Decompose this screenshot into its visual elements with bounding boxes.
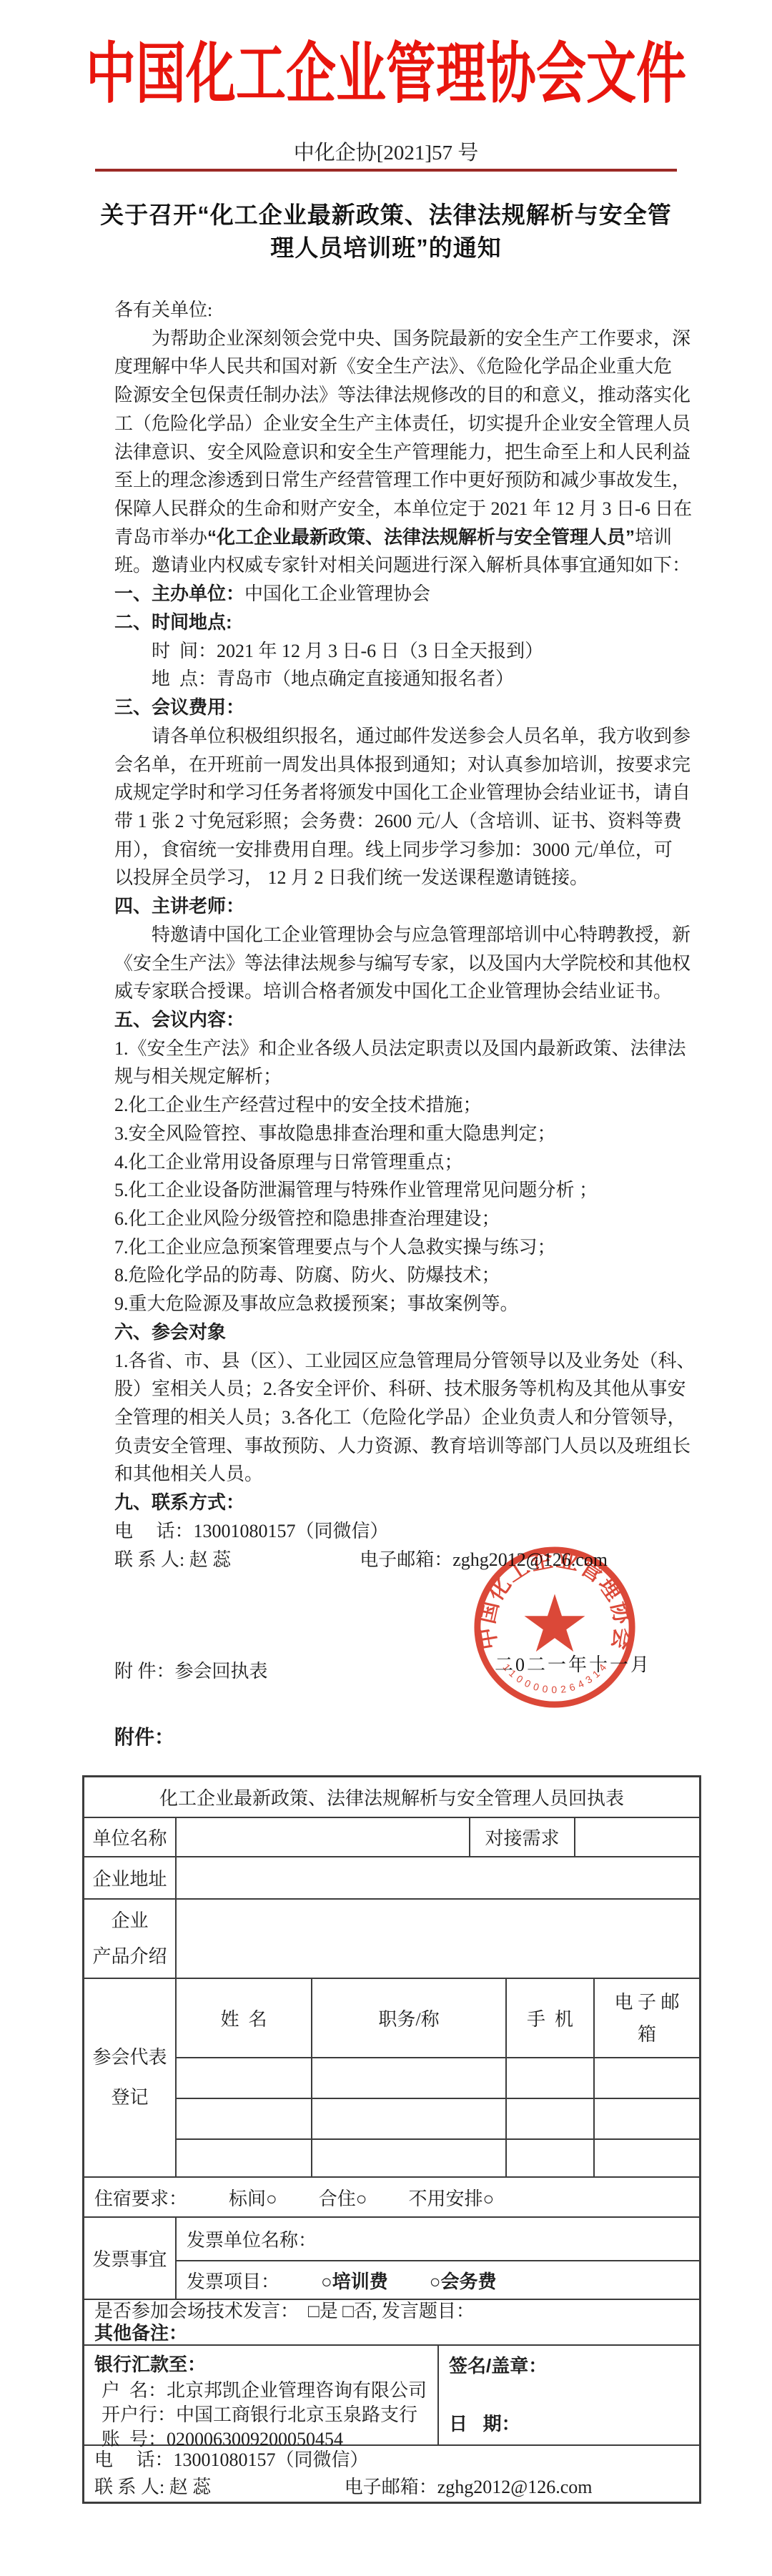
lodging-row: 住宿要求： 标间○ 合住○ 不用安排○ <box>84 2178 699 2216</box>
contact-email: 电子邮箱：zghg2012@126.com <box>345 2477 593 2497</box>
delegate-row-title <box>311 2140 505 2176</box>
lodging-option-standard: 标间○ <box>229 2184 277 2211</box>
document-line: 保障人民群众的生命和财产安全，本单位定于 2021 年 12 月 3 日-6 日… <box>114 495 686 523</box>
company-address-field <box>175 1857 699 1898</box>
invoice-option-training-fee: ○培训费 <box>321 2267 388 2294</box>
document-line: 度理解中华人民共和国对新《安全生产法》、《危险化学品企业重大危 <box>114 352 686 381</box>
delegate-row-email <box>593 2058 699 2098</box>
lodging-option-none: 不用安排○ <box>408 2184 494 2211</box>
seal-star-icon <box>525 1594 585 1652</box>
reply-form-table: 化工企业最新政策、法律法规解析与安全管理人员回执表 单位名称 对接需求 企业地址… <box>82 1775 701 2504</box>
document-line: 1.《安全生产法》和企业各级人员法定职责以及国内最新政策、法律法 <box>114 1035 686 1063</box>
document-line: 九、联系方式： <box>114 1489 686 1517</box>
document-line: 规与相关规定解析； <box>114 1062 686 1091</box>
document-line: 青岛市举办“化工企业最新政策、法律法规解析与安全管理人员”培训 <box>114 523 686 552</box>
document-line: 各有关单位: <box>114 296 686 325</box>
document-line: 全管理的相关人员；3.各化工（危险化学品）企业负责人和分管领导， <box>114 1403 686 1432</box>
document-line: 1.各省、市、县（区）、工业园区应急管理局分管领导以及业务处（科、 <box>114 1347 686 1376</box>
contact-person: 联 系 人: 赵 蕊 <box>94 2477 211 2497</box>
delegate-row-title <box>311 2058 505 2098</box>
contact-person-line: 联 系 人: 赵 蕊 电子邮箱：zghg2012@126.com <box>94 2474 592 2501</box>
issue-date: 二0二一年十一月 <box>495 1650 651 1677</box>
delegate-row-name <box>177 2140 311 2176</box>
document-line: 2.化工企业生产经营过程中的安全技术措施； <box>114 1091 686 1120</box>
delegate-row-mobile <box>505 2140 593 2176</box>
table-contact-row: 电 话：13001080157（同微信） 联 系 人: 赵 蕊 电子邮箱：zgh… <box>84 2446 699 2502</box>
document-line: 二、时间地点: <box>114 608 686 637</box>
speech-and-notes-row: 是否参加会场技术发言： □是 □否, 发言题目： 其他备注： <box>84 2300 699 2344</box>
lodging-label: 住宿要求： <box>94 2184 187 2211</box>
document-line: 5.化工企业设备防泄漏管理与特殊作业管理常见问题分析 ； <box>114 1176 686 1205</box>
company-intro-field <box>175 1900 699 1978</box>
document-line: 负责安全管理、事故预防、人力资源、教育培训等部门人员以及班组长 <box>114 1432 686 1461</box>
company-intro-label: 企业 产品介绍 <box>84 1900 175 1978</box>
document-line: 9.重大危险源及事故应急救援预案；事故案例等。 <box>114 1290 686 1318</box>
document-line: 六、参会对象 <box>114 1318 686 1347</box>
document-line: 班。邀请业内权威专家针对相关问题进行深入解析具体事宜通知如下： <box>114 551 686 580</box>
notice-title-line2: 理人员培训班”的通知 <box>0 232 772 265</box>
document-line: 三、会议费用： <box>114 694 686 722</box>
table-title: 化工企业最新政策、法律法规解析与安全管理人员回执表 <box>84 1777 699 1817</box>
col-header-name: 姓 名 <box>177 1979 311 2057</box>
official-seal: 中国化工企业管理协会 1100000264314 <box>470 1542 640 1712</box>
invoice-matters-label: 发票事宜 <box>84 2218 175 2299</box>
date-label: 日 期： <box>449 2409 520 2436</box>
document-line: 为帮助企业深刻领会党中央、国务院最新的安全生产工作要求，深 <box>114 325 686 353</box>
col-header-mobile: 手 机 <box>505 1979 593 2057</box>
delegates-register-label: 参会代表 登记 <box>84 1979 175 2176</box>
other-notes-label: 其他备注： <box>94 2322 187 2344</box>
document-line: 以投屏全员学习， 12 月 2 日我们统一发送课程邀请链接。 <box>114 864 686 892</box>
delegate-row-mobile <box>505 2099 593 2138</box>
delegate-row-mobile <box>505 2058 593 2098</box>
official-document-page: 中国化工企业管理协会文件 中化企协[2021]57 号 关于召开“化工企业最新政… <box>0 0 772 2576</box>
bank-remittance-cell: 银行汇款至： 户 名：北京邦凯企业管理咨询有限公司 开户行：中国工商银行北京玉泉… <box>84 2346 437 2444</box>
notice-title-line1: 关于召开“化工企业最新政策、法律法规解析与安全管 <box>0 199 772 232</box>
invoice-item-label: 发票项目： <box>187 2267 279 2294</box>
signature-seal-label: 签名/盖章： <box>449 2352 547 2378</box>
document-line: 法律意识、安全风险意识和安全生产管理能力，把生命至上和人民利益 <box>114 438 686 467</box>
document-line: 成规定学时和学习任务者将颁发中国化工企业管理协会结业证书，请自 <box>114 779 686 807</box>
unit-name-label: 单位名称 <box>84 1818 175 1856</box>
document-line: 特邀请中国化工企业管理协会与应急管理部培训中心特聘教授，新 <box>114 921 686 949</box>
document-line: 带 1 张 2 寸免冠彩照；会务费：2600 元/人（含培训、证书、资料等费 <box>114 807 686 836</box>
letterhead-title: 中国化工企业管理协会文件 <box>0 43 772 93</box>
document-line: 股）室相关人员；2.各安全评价、科研、技术服务等机构及其他从事安 <box>114 1375 686 1403</box>
invoice-unit-label: 发票单位名称： <box>187 2226 317 2252</box>
document-line: 五、会议内容： <box>114 1006 686 1035</box>
document-line: 四、主讲老师： <box>114 892 686 921</box>
contact-phone: 电 话：13001080157（同微信） <box>94 2447 369 2474</box>
letterhead-title-text: 中国化工企业管理协会文件 <box>86 43 686 109</box>
col-header-email: 电 子 邮 箱 <box>593 1979 699 2057</box>
document-line: 工（危险化学品）企业安全生产主体责任，切实提升企业安全管理人员 <box>114 410 686 438</box>
document-line: 3.安全风险管控、事故隐患排查治理和重大隐患判定； <box>114 1120 686 1148</box>
docking-needs-label: 对接需求 <box>469 1818 574 1856</box>
document-line: 8.危险化学品的防毒、防腐、防火、防爆技术； <box>114 1261 686 1290</box>
notice-title: 关于召开“化工企业最新政策、法律法规解析与安全管 理人员培训班”的通知 <box>0 199 772 265</box>
bank-branch: 开户行：中国工商银行北京玉泉路支行 <box>94 2403 417 2427</box>
document-line: 险源安全包保责任制办法》等法律法规修改的目的和意义，推动落实化 <box>114 381 686 410</box>
col-header-title: 职务/称 <box>311 1979 505 2057</box>
document-line: 至上的理念渗透到日常生产经营管理工作中更好预防和减少事故发生， <box>114 466 686 495</box>
document-line: 7.化工企业应急预案管理要点与个人急救实操与练习； <box>114 1233 686 1262</box>
document-line: 电 话：13001080157（同微信） <box>114 1517 686 1546</box>
document-body: 各有关单位:为帮助企业深刻领会党中央、国务院最新的安全生产工作要求，深度理解中华… <box>114 296 686 1574</box>
lodging-option-shared: 合住○ <box>319 2184 367 2211</box>
document-line: 一、主办单位：中国化工企业管理协会 <box>114 580 686 608</box>
letterhead-divider <box>95 169 677 172</box>
delegate-row-email <box>593 2140 699 2176</box>
document-line: 用），食宿统一安排费用自理。线上同步学习参加：3000 元/单位，可 <box>114 836 686 864</box>
docking-needs-field <box>574 1818 699 1856</box>
document-line: 6.化工企业风险分级管控和隐患排查治理建设； <box>114 1205 686 1233</box>
document-line: 《安全生产法》等法律法规参与编写专家，以及国内大学院校和其他权 <box>114 949 686 978</box>
document-number: 中化企协[2021]57 号 <box>0 137 772 166</box>
document-line: 威专家联合授课。培训合格者颁发中国化工企业管理协会结业证书。 <box>114 977 686 1006</box>
delegate-row-title <box>311 2099 505 2138</box>
speech-question: 是否参加会场技术发言： □是 □否, 发言题目： <box>94 2300 475 2322</box>
signature-cell: 签名/盖章： 日 期： <box>437 2346 699 2444</box>
company-address-label: 企业地址 <box>84 1857 175 1898</box>
document-line: 请各单位积极组织报名，通过邮件发送参会人员名单，我方收到参 <box>114 722 686 751</box>
unit-name-field <box>175 1818 469 1856</box>
document-line: 时 间：2021 年 12 月 3 日-6 日（3 日全天报到） <box>114 637 686 666</box>
document-line: 地 点：青岛市（地点确定直接通知报名者） <box>114 665 686 694</box>
attachment-heading: 附件： <box>114 1722 174 1750</box>
document-line: 和其他相关人员。 <box>114 1460 686 1489</box>
delegate-row-name <box>177 2099 311 2138</box>
bank-account-name: 户 名：北京邦凯企业管理咨询有限公司 <box>94 2379 427 2403</box>
delegate-row-email <box>593 2099 699 2138</box>
document-line: 会名单，在开班前一周发出具体报到通知；对认真参加培训，按要求完 <box>114 751 686 779</box>
delegate-row-name <box>177 2058 311 2098</box>
document-line: 4.化工企业常用设备原理与日常管理重点； <box>114 1148 686 1177</box>
attachment-reference: 附 件：参会回执表 <box>114 1657 268 1683</box>
invoice-option-conference-fee: ○会务费 <box>430 2267 497 2294</box>
bank-remit-label: 银行汇款至： <box>94 2350 206 2379</box>
